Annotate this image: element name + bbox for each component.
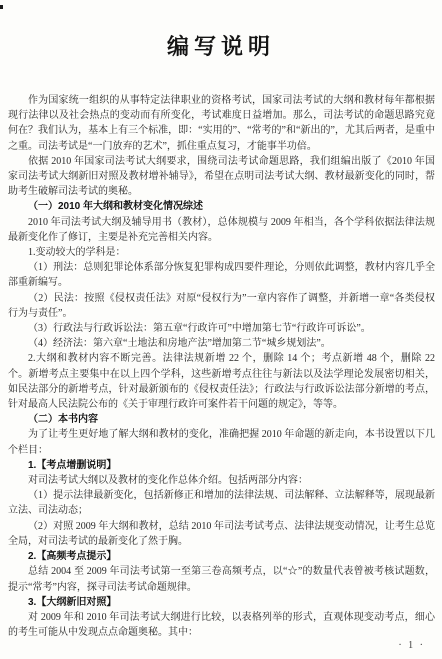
section2-column1-heading: 1.【考点增删说明】 [8,458,435,473]
section2-column2-paragraph-1: 总结 2004 至 2009 年司法考试第一至第三卷高频考点，以“☆”的数量代表… [8,564,435,594]
page-number: · 1 · [398,640,425,651]
section2-column3-paragraph-1: 对 2009 年和 2010 年司法考试大纲进行比较，以表格列举的形式，直观体现… [8,610,435,640]
section1-item-2: 2.大纲和教材内容不断完善。法律法规新增 22 个，删除 14 个；考点新增 4… [8,351,435,412]
page-title: 编写说明 [0,0,442,61]
section2-column1-paragraph-1: 对司法考试大纲以及教材的变化作总体介绍。包括两部分内容： [8,473,435,488]
section1-item-1-sub-3: （3）行政法与行政诉讼法：第五章“行政许可”中增加第七节“行政许可诉讼”。 [8,321,435,336]
section1-item-1-sub-1: （1）刑法：总则犯罪论体系部分恢复犯罪构成四要件理论，分则依此调整，教材内容几乎… [8,260,435,290]
section2-column3-heading: 3.【大纲新旧对照】 [8,595,435,610]
page-content: 作为国家统一组织的从事特定法律职业的资格考试，国家司法考试的大纲和教材每年都根据… [8,93,435,640]
scan-artifact [0,5,3,9]
section1-item-1-sub-4: （4）经济法：第六章“土地法和房地产法”增加第二节“城乡规划法”。 [8,336,435,351]
section1-item-1: 1.变动较大的学科是： [8,245,435,260]
section2-column2-heading: 2.【高频考点提示】 [8,549,435,564]
paragraph-intro-1: 作为国家统一组织的从事特定法律职业的资格考试，国家司法考试的大纲和教材每年都根据… [8,93,435,154]
book-page: 编写说明 作为国家统一组织的从事特定法律职业的资格考试，国家司法考试的大纲和教材… [0,0,442,659]
section1-item-1-sub-2: （2）民法：按照《侵权责任法》对原“侵权行为”一章内容作了调整，并新增一章“各类… [8,291,435,321]
section1-heading: （一）2010 年大纲和教材变化情况综述 [8,199,435,214]
paragraph-intro-2: 依据 2010 年国家司法考试大纲要求，围绕司法考试命题思路，我们组编出版了《2… [8,154,435,200]
section2-column1-paragraph-3: （2）对照 2009 年大纲和教材，总结 2010 年司法考试考点、法律法规变动… [8,519,435,549]
section2-paragraph-1: 为了让考生更好地了解大纲和教材的变化，准确把握 2010 年命题的新走向，本书设… [8,427,435,457]
section1-paragraph-1: 2010 年司法考试大纲及辅导用书（教材），总体规模与 2009 年相当，各个学… [8,215,435,245]
section2-heading: （二）本书内容 [8,412,435,427]
section2-column1-paragraph-2: （1）提示法律最新变化，包括新修正和增加的法律法规、司法解释、立法解释等，展现最… [8,488,435,518]
